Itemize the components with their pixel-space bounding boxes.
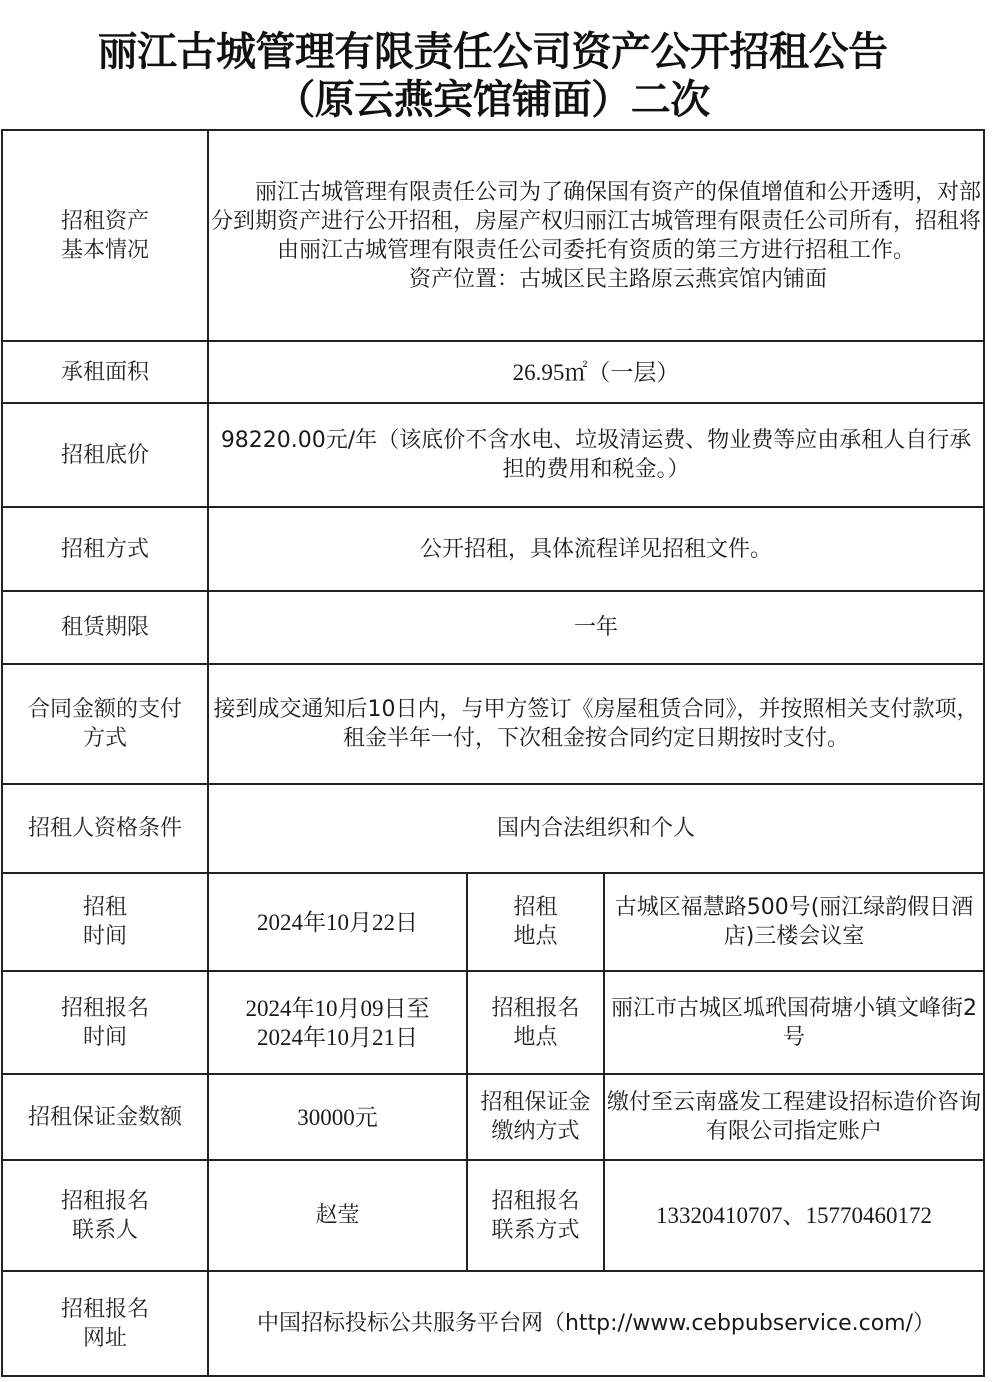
title-line-2: （原云燕宾馆铺面）二次 — [0, 76, 985, 124]
label-contact-method: 招租报名 联系方式 — [467, 1160, 604, 1271]
row-tender-time: 招租 时间 2024年10月22日 招租 地点 古城区福慧路500号(丽江绿韵假… — [2, 873, 984, 971]
label-payment: 合同金额的支付 方式 — [2, 664, 208, 784]
value-qualification: 国内合法组织和个人 — [208, 784, 984, 873]
value-term: 一年 — [208, 591, 984, 664]
row-reserve-price: 招租底价 98220.00元/年（该底价不含水电、垃圾清运费、物业费等应由承租人… — [2, 403, 984, 507]
title-line-1: 丽江古城管理有限责任公司资产公开招租公告 — [0, 28, 985, 76]
value-contact-phone: 13320410707、15770460172 — [604, 1160, 984, 1271]
row-area: 承租面积 26.95㎡（一层） — [2, 341, 984, 403]
label-reserve-price: 招租底价 — [2, 403, 208, 507]
label-tender-location: 招租 地点 — [467, 873, 604, 971]
value-deposit-amount: 30000元 — [208, 1074, 467, 1160]
label-deposit-amount: 招租保证金数额 — [2, 1074, 208, 1160]
row-website: 招租报名 网址 中国招标投标公共服务平台网（http://www.cebpubs… — [2, 1271, 984, 1376]
value-registration-location: 丽江市古城区坬玳国荷塘小镇文峰街2号 — [604, 971, 984, 1074]
value-tender-location: 古城区福慧路500号(丽江绿韵假日酒店)三楼会议室 — [604, 873, 984, 971]
label-basic-info: 招租资产 基本情况 — [2, 130, 208, 341]
label-deposit-method: 招租保证金 缴纳方式 — [467, 1074, 604, 1160]
row-basic-info: 招租资产 基本情况 丽江古城管理有限责任公司为了确保国有资产的保值增值和公开透明… — [2, 130, 984, 341]
label-area: 承租面积 — [2, 341, 208, 403]
row-method: 招租方式 公开招租，具体流程详见招租文件。 — [2, 507, 984, 591]
row-term: 租赁期限 一年 — [2, 591, 984, 664]
value-contact-person: 赵莹 — [208, 1160, 467, 1271]
label-website: 招租报名 网址 — [2, 1271, 208, 1376]
page-title: 丽江古城管理有限责任公司资产公开招租公告 （原云燕宾馆铺面）二次 — [0, 28, 985, 124]
asset-location: 资产位置：古城区民主路原云燕宾馆内铺面 — [211, 265, 981, 294]
row-qualification: 招租人资格条件 国内合法组织和个人 — [2, 784, 984, 873]
value-reserve-price: 98220.00元/年（该底价不含水电、垃圾清运费、物业费等应由承租人自行承担的… — [208, 403, 984, 507]
row-registration: 招租报名 时间 2024年10月09日至 2024年10月21日 招租报名 地点… — [2, 971, 984, 1074]
value-payment: 接到成交通知后10日内，与甲方签订《房屋租赁合同》，并按照相关支付款项，租金半年… — [208, 664, 984, 784]
value-area: 26.95㎡（一层） — [208, 341, 984, 403]
row-deposit: 招租保证金数额 30000元 招租保证金 缴纳方式 缴付至云南盛发工程建设招标造… — [2, 1074, 984, 1160]
value-basic-info: 丽江古城管理有限责任公司为了确保国有资产的保值增值和公开透明，对部分到期资产进行… — [208, 130, 984, 341]
label-registration-location: 招租报名 地点 — [467, 971, 604, 1074]
label-registration-time: 招租报名 时间 — [2, 971, 208, 1074]
row-contact: 招租报名 联系人 赵莹 招租报名 联系方式 13320410707、157704… — [2, 1160, 984, 1271]
basic-info-paragraph: 丽江古城管理有限责任公司为了确保国有资产的保值增值和公开透明，对部分到期资产进行… — [211, 178, 981, 265]
announcement-table: 招租资产 基本情况 丽江古城管理有限责任公司为了确保国有资产的保值增值和公开透明… — [1, 129, 985, 1377]
label-qualification: 招租人资格条件 — [2, 784, 208, 873]
value-deposit-method: 缴付至云南盛发工程建设招标造价咨询有限公司指定账户 — [604, 1074, 984, 1160]
label-tender-time: 招租 时间 — [2, 873, 208, 971]
row-payment: 合同金额的支付 方式 接到成交通知后10日内，与甲方签订《房屋租赁合同》，并按照… — [2, 664, 984, 784]
label-contact-person: 招租报名 联系人 — [2, 1160, 208, 1271]
value-method: 公开招租，具体流程详见招租文件。 — [208, 507, 984, 591]
label-method: 招租方式 — [2, 507, 208, 591]
label-term: 租赁期限 — [2, 591, 208, 664]
value-tender-time: 2024年10月22日 — [208, 873, 467, 971]
value-registration-time: 2024年10月09日至 2024年10月21日 — [208, 971, 467, 1074]
value-website: 中国招标投标公共服务平台网（http://www.cebpubservice.c… — [208, 1271, 984, 1376]
